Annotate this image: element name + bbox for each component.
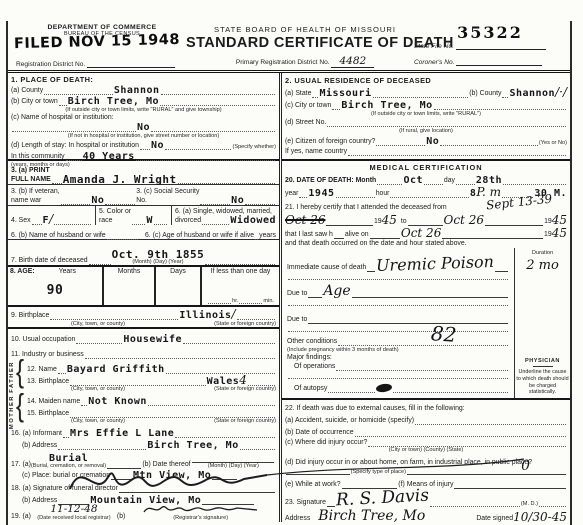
duration-physician-rail: Duration 2 mo PHYSICIAN Underline the ca… bbox=[514, 248, 570, 398]
father-name-value: Bayard Griffith bbox=[67, 365, 165, 375]
state-file-line: State File No. bbox=[414, 43, 566, 50]
physician-address-row: Address Birch Tree, Mo Date signed 10/30… bbox=[282, 507, 570, 522]
line bbox=[311, 515, 317, 522]
md-note: (M. D.) bbox=[521, 501, 538, 507]
filed-date-stamp: FILED NOV 15 1948 bbox=[14, 32, 180, 52]
file-number-block: 35322 State File No. Coroner's No. bbox=[414, 23, 566, 66]
residence-county-label: (b) County bbox=[469, 90, 501, 98]
primary-registration-label: Primary Registration District No. bbox=[236, 59, 330, 66]
age-label: 8. AGE: bbox=[10, 268, 35, 276]
spouse-age-cell: 6. (c) Age of husband or wife if aliveye… bbox=[142, 225, 279, 240]
certify-text-2b: alive on bbox=[345, 231, 369, 239]
major-findings-label: Major findings: bbox=[287, 354, 332, 362]
leader bbox=[237, 312, 275, 320]
leader bbox=[175, 430, 275, 438]
funeral-director-signature bbox=[62, 455, 532, 501]
place-section-title: 1. PLACE OF DEATH: bbox=[11, 75, 93, 84]
leader bbox=[503, 177, 566, 185]
leader bbox=[165, 142, 231, 150]
leader bbox=[154, 217, 167, 225]
birthdate-stack: Oct. 9th 1855 (Month) (Day) (Year) bbox=[112, 249, 205, 265]
title-block: STATE BOARD OF HEALTH OF MISSOURI STANDA… bbox=[186, 25, 424, 67]
registration-district-blank bbox=[87, 61, 175, 68]
informant-address-row: (b) AddressBirch Tree, Mo bbox=[8, 438, 279, 450]
sex-race-marital-block: 4. Sex F / 5. Color orrace W 6. (a) Sing… bbox=[8, 206, 279, 240]
full-name-label: 3. (a) PRINTFULL NAME bbox=[11, 167, 51, 184]
leader bbox=[58, 442, 146, 450]
leader bbox=[239, 296, 262, 304]
hospital-note: (If not in hospital or institution, give… bbox=[68, 133, 219, 139]
coroner-label: Coroner's No. bbox=[414, 59, 454, 66]
occupation-label: 10. Usual occupation bbox=[11, 336, 75, 344]
line bbox=[326, 218, 372, 226]
dod-label: 20. DATE OF DEATH: Month bbox=[285, 177, 376, 185]
board-name: STATE BOARD OF HEALTH OF MISSOURI bbox=[186, 25, 424, 34]
occurrence-date-row: (b) Date of occurrence bbox=[282, 425, 570, 437]
line bbox=[495, 264, 508, 272]
registrar-sig-stack: (Registrar's signature) bbox=[125, 502, 276, 521]
line bbox=[352, 290, 508, 298]
other-conditions-label: Other conditions bbox=[287, 338, 337, 346]
certificate-sheet: DEPARTMENT OF COMMERCE BUREAU OF THE CEN… bbox=[6, 21, 572, 525]
city-value: Birch Tree, Mo bbox=[68, 97, 159, 107]
informant-address-value: Birch Tree, Mo bbox=[147, 441, 238, 451]
veteran-label: 3. (b) If veteran,name war bbox=[11, 188, 60, 205]
registrar-label: 19. (a) bbox=[11, 513, 31, 521]
leader bbox=[355, 429, 566, 437]
leader bbox=[208, 296, 231, 304]
leader bbox=[151, 124, 275, 132]
leader bbox=[66, 153, 82, 161]
veteran-ssn-row: 3. (b) If veteran,name war No 3. (c) Soc… bbox=[8, 185, 279, 206]
certificate-header: DEPARTMENT OF COMMERCE BUREAU OF THE CEN… bbox=[8, 21, 570, 73]
line bbox=[334, 231, 344, 239]
birthplace-note-1: (City, town, or county) bbox=[71, 321, 125, 327]
medical-heading: MEDICAL CERTIFICATION bbox=[369, 163, 482, 172]
father-bp-note-2: (State or foreign country) bbox=[214, 386, 276, 392]
duration-label: Duration bbox=[532, 250, 553, 256]
leader bbox=[183, 336, 275, 344]
age-days-header: Days bbox=[158, 268, 198, 276]
to-label: to bbox=[401, 218, 407, 226]
leader bbox=[332, 102, 340, 110]
mother-side-label: MOTHER bbox=[9, 395, 15, 429]
age-less-cell: If less than one day hr.min. bbox=[202, 267, 279, 305]
leader bbox=[76, 336, 122, 344]
leader bbox=[393, 385, 508, 393]
leader bbox=[377, 177, 402, 185]
hospital-label: (c) Name of hospital or institution: bbox=[11, 114, 114, 122]
leader bbox=[136, 153, 275, 161]
city-note: (If outside city or town limits, write "… bbox=[65, 107, 221, 113]
certify-paragraph: 21. I hereby certify that I attended the… bbox=[282, 198, 570, 248]
father-name-row: 12. NameBayard Griffith bbox=[24, 359, 279, 374]
leader bbox=[70, 410, 275, 418]
leader bbox=[32, 217, 42, 225]
industry-row: 11. Industry or business bbox=[8, 344, 279, 359]
marital-cell: 6. (a) Single, widowed, married, divorce… bbox=[172, 206, 279, 225]
external-causes-label: 22. If death was due to external causes,… bbox=[285, 405, 465, 413]
leader bbox=[205, 257, 275, 265]
citizen-label: (e) Citizen of foreign country? bbox=[285, 138, 375, 146]
dod-year-label: year bbox=[285, 190, 298, 198]
age-years-cell: 8. AGE:Years 90 bbox=[8, 267, 104, 305]
leader bbox=[502, 90, 508, 98]
occupation-value: Housewife bbox=[123, 335, 182, 345]
leader bbox=[336, 190, 375, 198]
leader bbox=[440, 138, 538, 146]
line bbox=[485, 218, 543, 226]
ink-blot-mark bbox=[375, 383, 392, 393]
attended-to-value: Oct 26 bbox=[444, 214, 484, 226]
birthplace-note-2: (State or foreign country) bbox=[214, 321, 276, 327]
duration-value: 2 mo bbox=[526, 259, 559, 272]
physician-address-value: Birch Tree, Mo bbox=[318, 509, 425, 522]
leader bbox=[63, 430, 69, 438]
sex-label: 4. Sex bbox=[11, 217, 31, 225]
street-label: (d) Street No. bbox=[285, 119, 326, 127]
father-bp-note-1: (City, town, or county) bbox=[71, 386, 125, 392]
age-months-header: Months bbox=[106, 268, 152, 276]
occurrence-date-label: (b) Date of occurrence bbox=[285, 429, 354, 437]
occupation-row: 10. Usual occupationHousewife bbox=[8, 329, 279, 344]
mother-name-row: 14. Maiden nameNot Known bbox=[24, 392, 279, 406]
race-label: 5. Color orrace bbox=[99, 208, 131, 225]
leader bbox=[54, 217, 91, 225]
leader bbox=[148, 398, 275, 406]
registration-district-line: Registration District No. bbox=[16, 61, 175, 68]
birthdate-label: 7. Birth date of deceased bbox=[11, 257, 88, 265]
certificate-number: 35322 bbox=[414, 23, 566, 42]
state-file-label: State File No. bbox=[414, 43, 454, 50]
line bbox=[308, 290, 322, 298]
leader bbox=[81, 398, 87, 406]
certify-text-2a: that I last saw h bbox=[285, 231, 333, 239]
birthdate-row: 7. Birth date of deceased Oct. 9th 1855 … bbox=[8, 240, 279, 267]
leader bbox=[44, 87, 113, 95]
leader bbox=[348, 148, 566, 156]
residence-city-label: (c) City or town bbox=[285, 102, 331, 110]
immediate-cause-value: Uremic Poison bbox=[376, 254, 494, 274]
mother-bp-note-1: (City, town, or county) bbox=[71, 418, 125, 424]
cause-main: Immediate cause of deathUremic Poison Du… bbox=[282, 248, 514, 398]
line bbox=[408, 218, 443, 226]
leader bbox=[107, 232, 138, 240]
certificate-body: 1. PLACE OF DEATH: (a) CountyShannon (b)… bbox=[8, 73, 570, 522]
years-suffix: years bbox=[259, 232, 276, 240]
residence-section-title: 2. USUAL RESIDENCE OF DECEASED bbox=[285, 76, 431, 85]
injury-where-row: (c) Where did injury occur? (City or tow… bbox=[282, 437, 570, 453]
leader bbox=[368, 439, 566, 447]
spouse-age-label: 6. (c) Age of husband or wife if alive bbox=[145, 232, 254, 240]
leader bbox=[312, 90, 318, 98]
dod-day-label: day bbox=[444, 177, 455, 185]
leader bbox=[89, 257, 111, 265]
spouse-name-label: 6. (b) Name of husband or wife bbox=[11, 232, 106, 240]
birthplace-value: Illinois bbox=[179, 311, 231, 321]
mother-bp-note-2: (State or foreign country) bbox=[214, 418, 276, 424]
line bbox=[442, 231, 543, 239]
informant-address-label: (b) Address bbox=[22, 442, 57, 450]
leader bbox=[288, 324, 508, 332]
due-to-label-2: Due to bbox=[287, 316, 307, 324]
leader bbox=[288, 298, 508, 306]
due-to-value-1: Age bbox=[323, 284, 350, 298]
state-file-blank bbox=[456, 43, 546, 50]
leader bbox=[140, 142, 150, 150]
primary-registration-line: Primary Registration District No. 4482 bbox=[186, 56, 424, 67]
injury-where-label: (c) Where did injury occur? bbox=[285, 439, 367, 447]
leader bbox=[336, 363, 508, 371]
leader bbox=[85, 351, 275, 359]
coroner-line: Coroner's No. bbox=[414, 59, 566, 66]
registrar-date-stack: 11-12-48 (Date received local registrar) bbox=[31, 504, 117, 521]
veteran-value: No bbox=[91, 196, 104, 206]
leader bbox=[415, 417, 566, 425]
line bbox=[370, 231, 400, 239]
divider bbox=[533, 366, 553, 367]
attended-from-year: 45 bbox=[382, 214, 397, 226]
ssn-label: 3. (c) Social SecurityNo. bbox=[136, 188, 199, 205]
mother-name-label: 14. Maiden name bbox=[27, 398, 80, 406]
medical-heading-row: MEDICAL CERTIFICATION bbox=[282, 161, 570, 172]
pen-mark: /·/ bbox=[555, 86, 567, 98]
registrar-signature bbox=[141, 502, 261, 515]
sex-cell: 4. Sex F / bbox=[8, 206, 96, 225]
pen-mark: / bbox=[232, 308, 236, 320]
informant-row: 16. (a) InformantMrs Effie L Lane bbox=[8, 425, 279, 438]
leader bbox=[255, 232, 258, 240]
leader bbox=[70, 378, 206, 386]
spouse-name-cell: 6. (b) Name of husband or wife bbox=[8, 225, 142, 240]
line bbox=[426, 515, 475, 522]
residence-section: 2. USUAL RESIDENCE OF DECEASED (a) State… bbox=[282, 73, 570, 161]
country-label: If yes, name country bbox=[285, 148, 347, 156]
residence-state-value: Missouri bbox=[319, 89, 371, 99]
accident-label: (a) Accident, suicide, or homicide (spec… bbox=[285, 417, 414, 425]
cause-of-death-block: Immediate cause of deathUremic Poison Du… bbox=[282, 248, 570, 400]
certify-text-3: and that death occurred on the date and … bbox=[285, 240, 467, 248]
leader bbox=[12, 124, 136, 132]
birthdate-note: (Month) (Day) (Year) bbox=[132, 259, 183, 265]
leader bbox=[338, 338, 508, 346]
leader bbox=[105, 197, 135, 205]
leader bbox=[299, 190, 307, 198]
of-operations-label: Of operations bbox=[294, 363, 335, 371]
leader bbox=[434, 102, 566, 110]
birthplace-row: 9. BirthplaceIllinois/ (City, town, or c… bbox=[8, 307, 279, 329]
stay-note: (Specify whether) bbox=[232, 144, 276, 150]
accident-row: (a) Accident, suicide, or homicide (spec… bbox=[282, 413, 570, 425]
leader bbox=[288, 371, 508, 379]
place-of-death-section: 1. PLACE OF DEATH: (a) CountyShannon (b)… bbox=[8, 73, 279, 161]
citizen-value: No bbox=[426, 137, 439, 147]
leader bbox=[160, 98, 275, 106]
residence-city-value: Birch Tree, Mo bbox=[341, 101, 432, 111]
age-days-cell: Days bbox=[156, 267, 202, 305]
last-seen-year: 45 bbox=[552, 227, 567, 239]
burial-label: 17. (a) bbox=[11, 461, 31, 469]
leader bbox=[373, 90, 469, 98]
certify-text-1: 21. I hereby certify that I attended the… bbox=[285, 204, 447, 212]
line bbox=[308, 316, 508, 324]
age-years-value: 90 bbox=[10, 284, 100, 297]
registrar-sig-label: (b) bbox=[117, 513, 125, 521]
dod-month-value: Oct bbox=[403, 176, 423, 186]
community-value: 40 Years bbox=[83, 152, 135, 162]
ssn-value: No bbox=[231, 196, 244, 206]
leader bbox=[52, 176, 62, 184]
county-label: (a) County bbox=[11, 87, 43, 95]
leader bbox=[539, 499, 566, 507]
pen-mark: / bbox=[49, 213, 53, 225]
age-less-header: If less than one day bbox=[204, 268, 277, 276]
external-causes-row: 22. If death was due to external causes,… bbox=[282, 400, 570, 413]
leader bbox=[58, 366, 66, 374]
dod-hour-label: hour bbox=[376, 190, 390, 198]
registrar-date-note: (Date received local registrar) bbox=[37, 515, 110, 521]
registrar-sig-note: (Registrar's signature) bbox=[173, 515, 228, 521]
residence-county-value: Shannon bbox=[509, 89, 555, 99]
birthplace-label: 9. Birthplace bbox=[11, 312, 49, 320]
father-birthplace-label: 13. Birthplace bbox=[27, 378, 69, 386]
father-birthplace-row: 13. BirthplaceWales4 (City, town, or cou… bbox=[24, 374, 279, 392]
other-conditions-mark: 82 bbox=[430, 323, 457, 345]
stay-label: (d) Length of stay: In hospital or insti… bbox=[11, 142, 139, 150]
leader bbox=[248, 378, 275, 386]
full-name-value: Amanda J. Wright bbox=[63, 174, 177, 185]
leader bbox=[424, 177, 443, 185]
leader bbox=[240, 442, 275, 450]
leader bbox=[456, 177, 475, 185]
leader bbox=[161, 87, 275, 95]
age-years-header: Years bbox=[35, 268, 100, 276]
physician-side-label: PHYSICIAN bbox=[525, 358, 560, 364]
leader bbox=[50, 312, 178, 320]
leader bbox=[327, 119, 566, 127]
city-label: (b) City or town bbox=[11, 98, 58, 106]
leader bbox=[166, 366, 275, 374]
primary-registration-value: 4482 bbox=[331, 55, 374, 68]
year-prefix: 19 bbox=[374, 218, 382, 226]
date-signed-value: 10/30-45 bbox=[513, 511, 567, 522]
residence-state-label: (a) State bbox=[285, 90, 311, 98]
county-value: Shannon bbox=[114, 86, 160, 96]
stay-value: No bbox=[151, 141, 164, 151]
leader bbox=[245, 197, 275, 205]
date-signed-label: Date signed bbox=[476, 515, 513, 522]
leader bbox=[61, 197, 91, 205]
underline-instruction: Underline the cause to which death shoul… bbox=[516, 369, 569, 396]
attended-from-value: Oct 26 bbox=[285, 214, 325, 226]
attended-to-year: 45 bbox=[552, 214, 567, 226]
death-certificate-scan: DEPARTMENT OF COMMERCE BUREAU OF THE CEN… bbox=[0, 0, 583, 525]
leader bbox=[178, 176, 275, 184]
year-prefix: 19 bbox=[544, 231, 552, 239]
of-autopsy-label: Of autopsy bbox=[294, 385, 327, 393]
mother-birthplace-label: 15. Birthplace bbox=[27, 410, 69, 418]
department-line: DEPARTMENT OF COMMERCE bbox=[22, 24, 182, 31]
leader bbox=[132, 217, 145, 225]
registrar-date-value: 11-12-48 bbox=[50, 504, 97, 515]
physician-address-label: Address bbox=[285, 515, 310, 522]
age-block: 8. AGE:Years 90 Months Days If less than… bbox=[8, 267, 279, 307]
last-seen-value: Oct 26 bbox=[401, 227, 441, 239]
mother-birthplace-row: 15. Birthplace (City, town, or county)(S… bbox=[24, 406, 279, 424]
residence-city-note: (If outside city or town limits, write "… bbox=[371, 111, 481, 117]
leader bbox=[328, 385, 374, 393]
leader bbox=[376, 138, 425, 146]
mother-name-value: Not Known bbox=[88, 397, 147, 407]
race-cell: 5. Color orrace W bbox=[96, 206, 172, 225]
street-note: (If rural, give location) bbox=[399, 128, 453, 134]
registrar-row: 19. (a) 11-12-48 (Date received local re… bbox=[8, 505, 279, 521]
leader bbox=[202, 217, 229, 225]
hr-label: hr. bbox=[232, 298, 238, 304]
father-name-label: 12. Name bbox=[27, 366, 57, 374]
parents-block: FATHER { MOTHER { 12. NameBayard Griffit… bbox=[8, 359, 279, 425]
pen-mark: 4 bbox=[239, 374, 247, 386]
father-side-label: FATHER bbox=[9, 361, 15, 393]
leader bbox=[200, 197, 230, 205]
informant-value: Mrs Effie L Lane bbox=[70, 429, 174, 439]
due-to-label-1: Due to bbox=[287, 290, 307, 298]
hospital-value: No bbox=[137, 123, 150, 133]
other-conditions-note: (Include pregnancy within 3 months of de… bbox=[287, 347, 399, 353]
year-prefix: 19 bbox=[544, 218, 552, 226]
marital-label: 6. (a) Single, widowed, married, divorce… bbox=[175, 208, 276, 225]
community-label: In this community bbox=[11, 153, 65, 161]
registration-district-label: Registration District No. bbox=[16, 61, 85, 68]
certificate-title: STANDARD CERTIFICATE OF DEATH bbox=[186, 35, 424, 51]
father-brace: { bbox=[16, 357, 24, 388]
informant-label: 16. (a) Informant bbox=[11, 430, 62, 438]
min-label: min. bbox=[263, 298, 274, 304]
line bbox=[367, 264, 375, 272]
leader bbox=[390, 190, 468, 198]
citizen-note: (Yes or No) bbox=[539, 140, 567, 146]
mother-brace: { bbox=[16, 391, 24, 422]
leader bbox=[59, 98, 67, 106]
coroner-blank bbox=[456, 59, 542, 66]
age-months-cell: Months bbox=[104, 267, 156, 305]
immediate-cause-label: Immediate cause of death bbox=[287, 264, 366, 272]
